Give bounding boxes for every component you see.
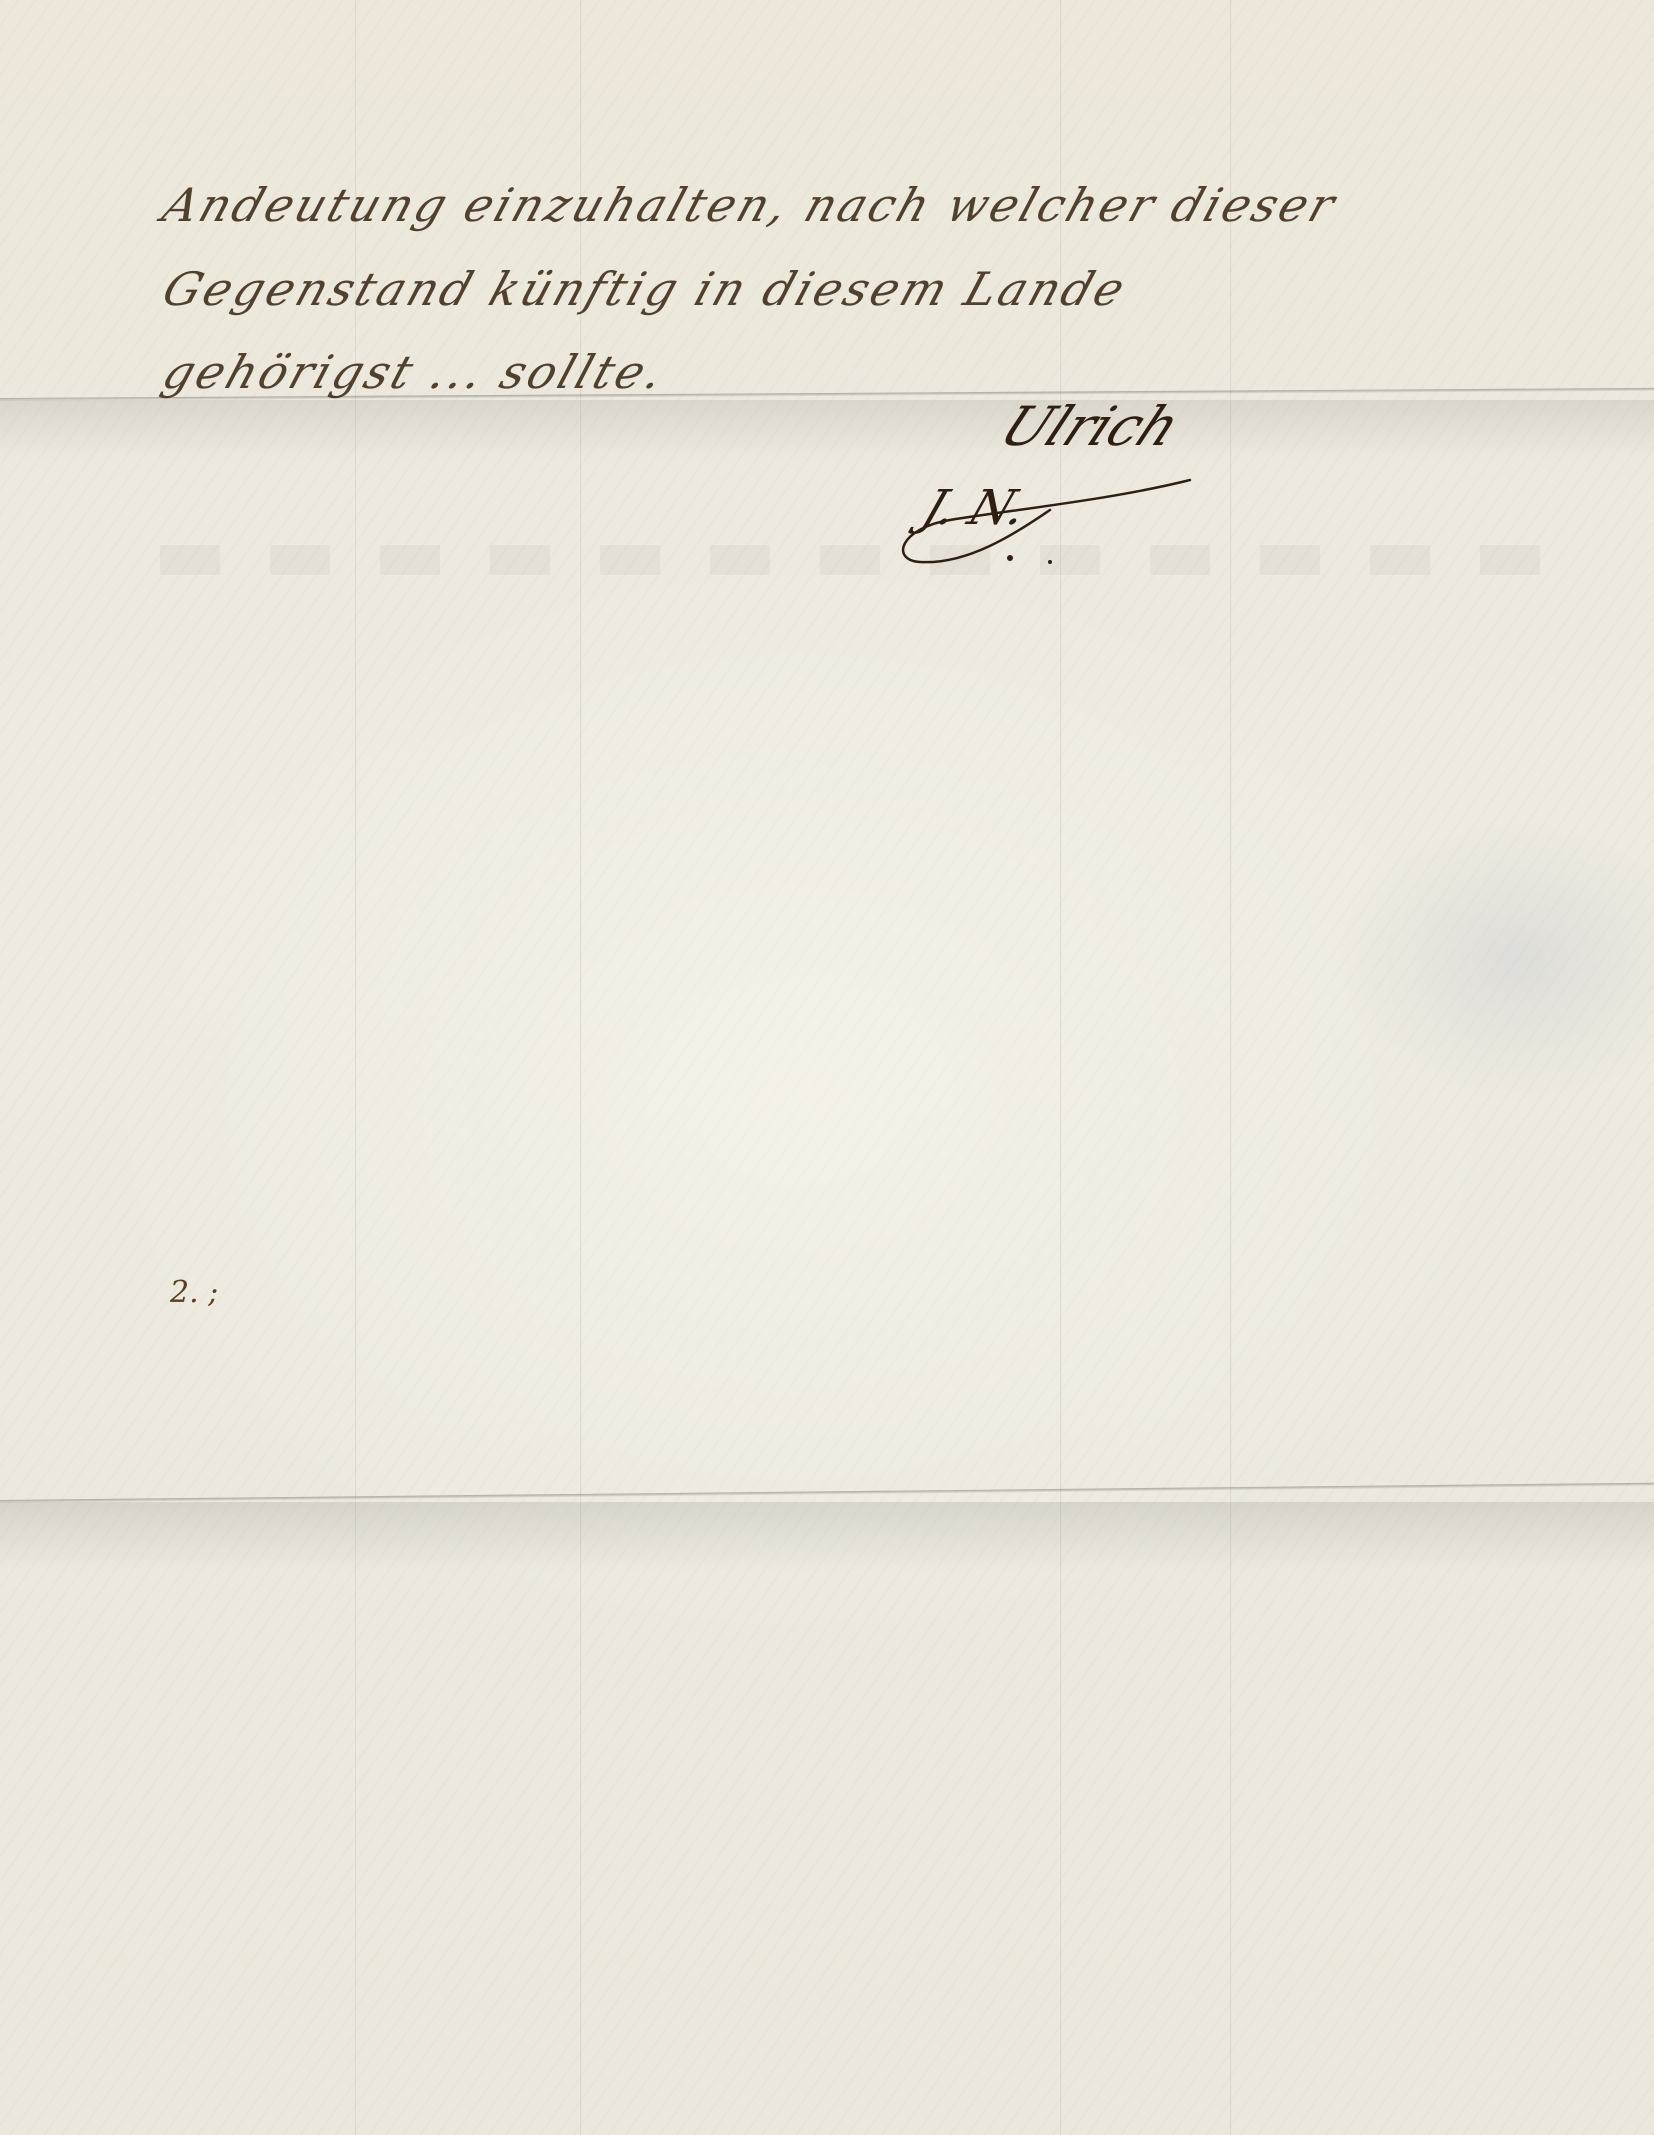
initials: J. N.	[915, 480, 1036, 536]
handwritten-line-1: Andeutung einzuhalten, nach welcher dies…	[156, 178, 1344, 232]
document-page: Andeutung einzuhalten, nach welcher dies…	[0, 0, 1654, 2135]
signature: Ulrich	[990, 395, 1190, 458]
handwritten-line-3: gehörigst ... sollte.	[156, 345, 673, 399]
vertical-fold	[1060, 0, 1062, 2135]
margin-ink-marks: 2. ;	[170, 1275, 218, 1310]
vertical-fold	[580, 0, 582, 2135]
fold-shadow	[0, 1502, 1654, 1572]
fold-shadow	[0, 400, 1654, 460]
horizontal-fold-lower	[0, 1483, 1654, 1503]
handwritten-line-2: Gegenstand künftig in diesem Lande	[156, 262, 1134, 316]
vertical-fold	[1230, 0, 1232, 2135]
bleed-through-text	[160, 545, 1560, 575]
vertical-fold	[355, 0, 357, 2135]
